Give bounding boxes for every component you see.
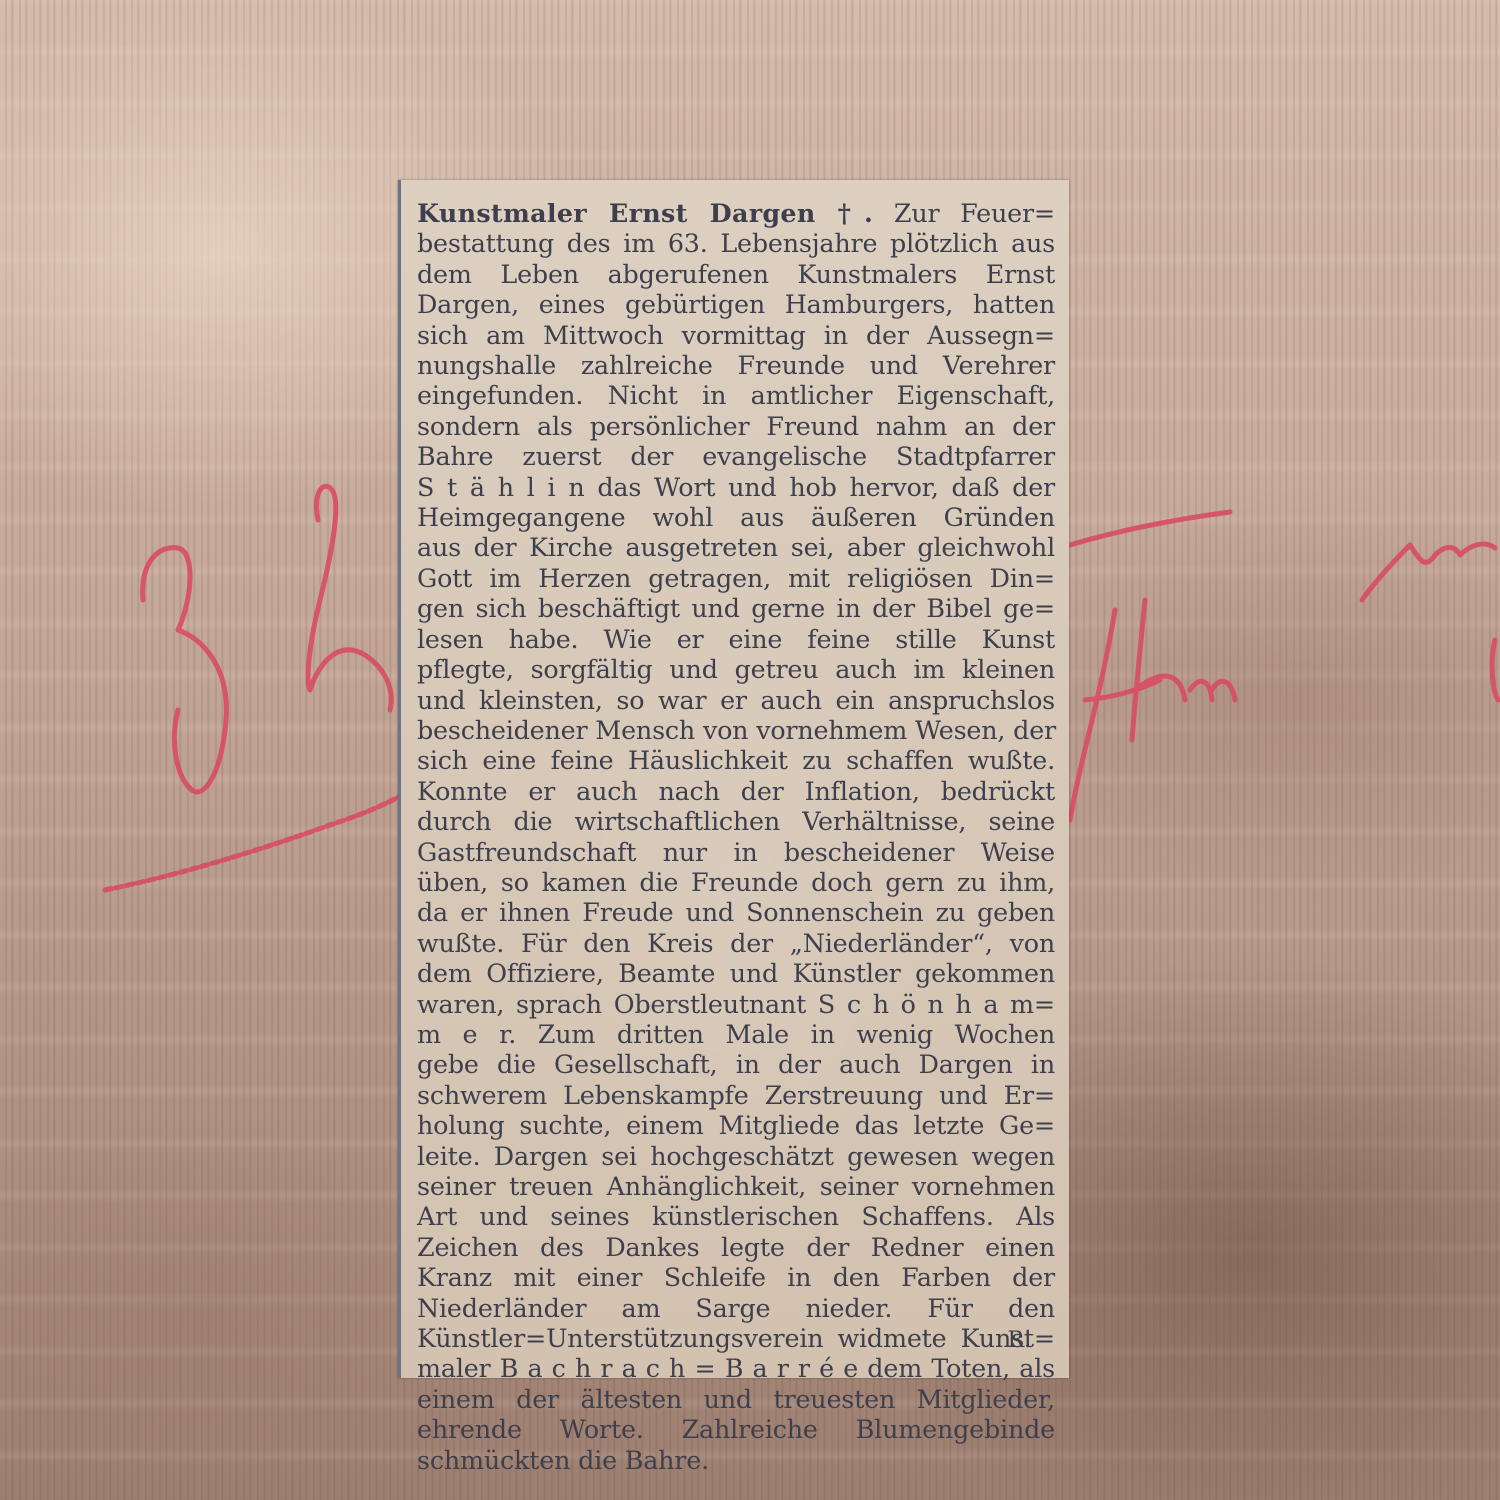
text-line: aus der Kirche ausgetreten sei, aber gle… [417, 532, 1055, 562]
text-line: und kleinsten, so war er auch ein anspru… [417, 685, 1055, 715]
text-line: Gott im Herzen getragen, mit religiösen … [417, 563, 1055, 593]
text-line: gebe die Gesellschaft, in der auch Darge… [417, 1049, 1055, 1079]
text-line: da er ihnen Freude und Sonnenschein zu g… [417, 897, 1055, 927]
text-line: leite. Dargen sei hochgeschätzt gewesen … [417, 1141, 1055, 1171]
text-line: nungshalle zahlreiche Freunde und Verehr… [417, 350, 1055, 380]
text-line: Konnte er auch nach der Inflation, bedrü… [417, 776, 1055, 806]
obituary-text: Kunstmaler Ernst Dargen †. Zur Feuer= be… [417, 198, 1055, 1475]
text-line: Zeichen des Dankes legte der Redner eine… [417, 1232, 1055, 1262]
red-mark-word-right [1070, 600, 1235, 820]
text-line: S t ä h l i n das Wort und hob hervor, d… [417, 472, 1055, 502]
clipping-first-line: Kunstmaler Ernst Dargen †. Zur Feuer= [417, 198, 1055, 228]
author-signature: R. [1007, 1328, 1031, 1353]
text-line: bestattung des im 63. Lebensjahre plötzl… [417, 228, 1055, 258]
text-line: durch die wirtschaftlichen Verhältnisse,… [417, 806, 1055, 836]
text-line: bescheidener Mensch von vornehmem Wesen,… [417, 715, 1055, 745]
text-line: üben, so kamen die Freunde doch gern zu … [417, 867, 1055, 897]
text-line: lesen habe. Wie er eine feine stille Kun… [417, 624, 1055, 654]
text-line: pflegte, sorgfältig und getreu auch im k… [417, 654, 1055, 684]
red-mark-underline-left [105, 790, 410, 890]
obituary-headline: Kunstmaler Ernst Dargen †. [417, 198, 873, 228]
text-line: eingefunden. Nicht in amtlicher Eigensch… [417, 380, 1055, 410]
text-line: Dargen, eines gebürtigen Hamburgers, hat… [417, 289, 1055, 319]
text-line: Heimgegangene wohl aus äußeren Gründen [417, 502, 1055, 532]
text-line: holung suchte, einem Mitgliede das letzt… [417, 1110, 1055, 1140]
red-mark-stroke-right [1070, 512, 1230, 545]
text-line: gen sich beschäftigt und gerne in der Bi… [417, 593, 1055, 623]
text-line: Gastfreundschaft nur in bescheidener Wei… [417, 837, 1055, 867]
text-line: m e r. Zum dritten Male in wenig Wochen [417, 1019, 1055, 1049]
red-mark-far-right [1362, 544, 1495, 600]
newspaper-clipping: Kunstmaler Ernst Dargen †. Zur Feuer= be… [398, 180, 1069, 1378]
text-line: einem der ältesten und treuesten Mitglie… [417, 1384, 1055, 1414]
red-mark-digit-3 [143, 548, 227, 792]
text-line: sich am Mittwoch vormittag in der Ausseg… [417, 320, 1055, 350]
text-line: waren, sprach Oberstleutnant S c h ö n h… [417, 989, 1055, 1019]
text-line: Niederländer am Sarge nieder. Für den [417, 1293, 1055, 1323]
text-line: Kranz mit einer Schleife in den Farben d… [417, 1262, 1055, 1292]
text-line: maler B a c h r a c h = B a r r é e dem … [417, 1353, 1055, 1383]
text-line: Art und seines künstlerischen Schaffens.… [417, 1201, 1055, 1231]
text-line: sondern als persönlicher Freund nahm an … [417, 411, 1055, 441]
text-line: schwerem Lebenskampfe Zerstreuung und Er… [417, 1080, 1055, 1110]
text-line: Künstler=Unterstützungsverein widmete Ku… [417, 1323, 1055, 1353]
text-line: wußte. Für den Kreis der „Niederländer“,… [417, 928, 1055, 958]
text-line: Bahre zuerst der evangelische Stadtpfarr… [417, 441, 1055, 471]
text-line: ehrende Worte. Zahlreiche Blumengebinde [417, 1414, 1055, 1444]
text-line: sich eine feine Häuslichkeit zu schaffen… [417, 745, 1055, 775]
text-line: seiner treuen Anhänglichkeit, seiner vor… [417, 1171, 1055, 1201]
red-mark-digit-2 [308, 486, 391, 710]
text-line: schmückten die Bahre. [417, 1445, 1055, 1475]
text-line: dem Leben abgerufenen Kunstmalers Ernst [417, 259, 1055, 289]
text-line: dem Offiziere, Beamte und Künstler gekom… [417, 958, 1055, 988]
text-line: Zur Feuer= [894, 198, 1055, 228]
